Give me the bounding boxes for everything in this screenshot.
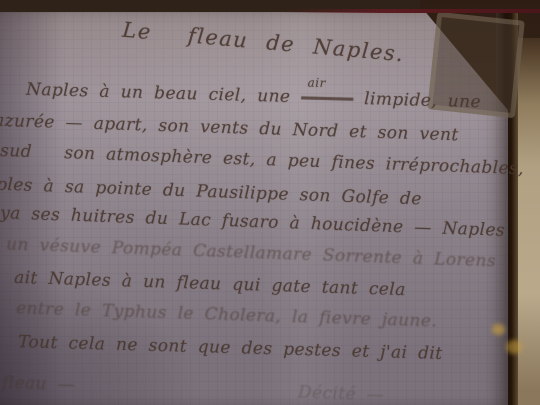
ink-stain xyxy=(492,324,505,335)
crossed-out-word: ——— xyxy=(301,87,354,108)
red-border-line xyxy=(280,9,540,13)
photo-top-border xyxy=(0,0,540,13)
manuscript-line: Décité — xyxy=(298,383,385,405)
photo-of-manuscript: { "manuscript": { "title": "Le fleau de … xyxy=(0,0,540,405)
insertion: air——— xyxy=(301,87,354,108)
ink-stain xyxy=(506,340,522,354)
manuscript-line: fleau — xyxy=(2,373,76,396)
line-text: limpide, une xyxy=(353,89,481,113)
